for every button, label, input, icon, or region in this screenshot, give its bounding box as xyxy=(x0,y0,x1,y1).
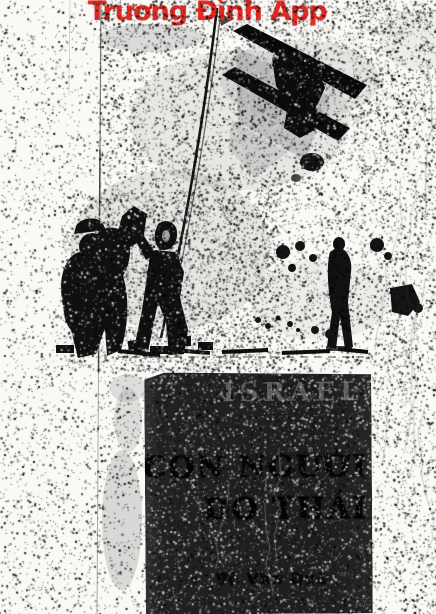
book-title-line-2: DO THÁI xyxy=(203,491,368,527)
author-name: Võ Văn Quê xyxy=(216,570,329,589)
book-title-line-1: CON NGƯỜI xyxy=(142,449,367,486)
book-cover-scan: Trương Đình App ISRAEL CON NGƯỜI DO THÁI… xyxy=(0,0,436,614)
climber-face xyxy=(162,230,170,242)
app-watermark-title: Trương Đình App xyxy=(88,0,428,27)
title-block: ISRAEL CON NGƯỜI DO THÁI ✶Võ Văn Quê xyxy=(144,371,373,614)
star-bullet-icon: ✶ xyxy=(190,573,203,588)
author-row: ✶Võ Văn Quê xyxy=(190,570,329,589)
series-title: ISRAEL xyxy=(222,377,363,408)
